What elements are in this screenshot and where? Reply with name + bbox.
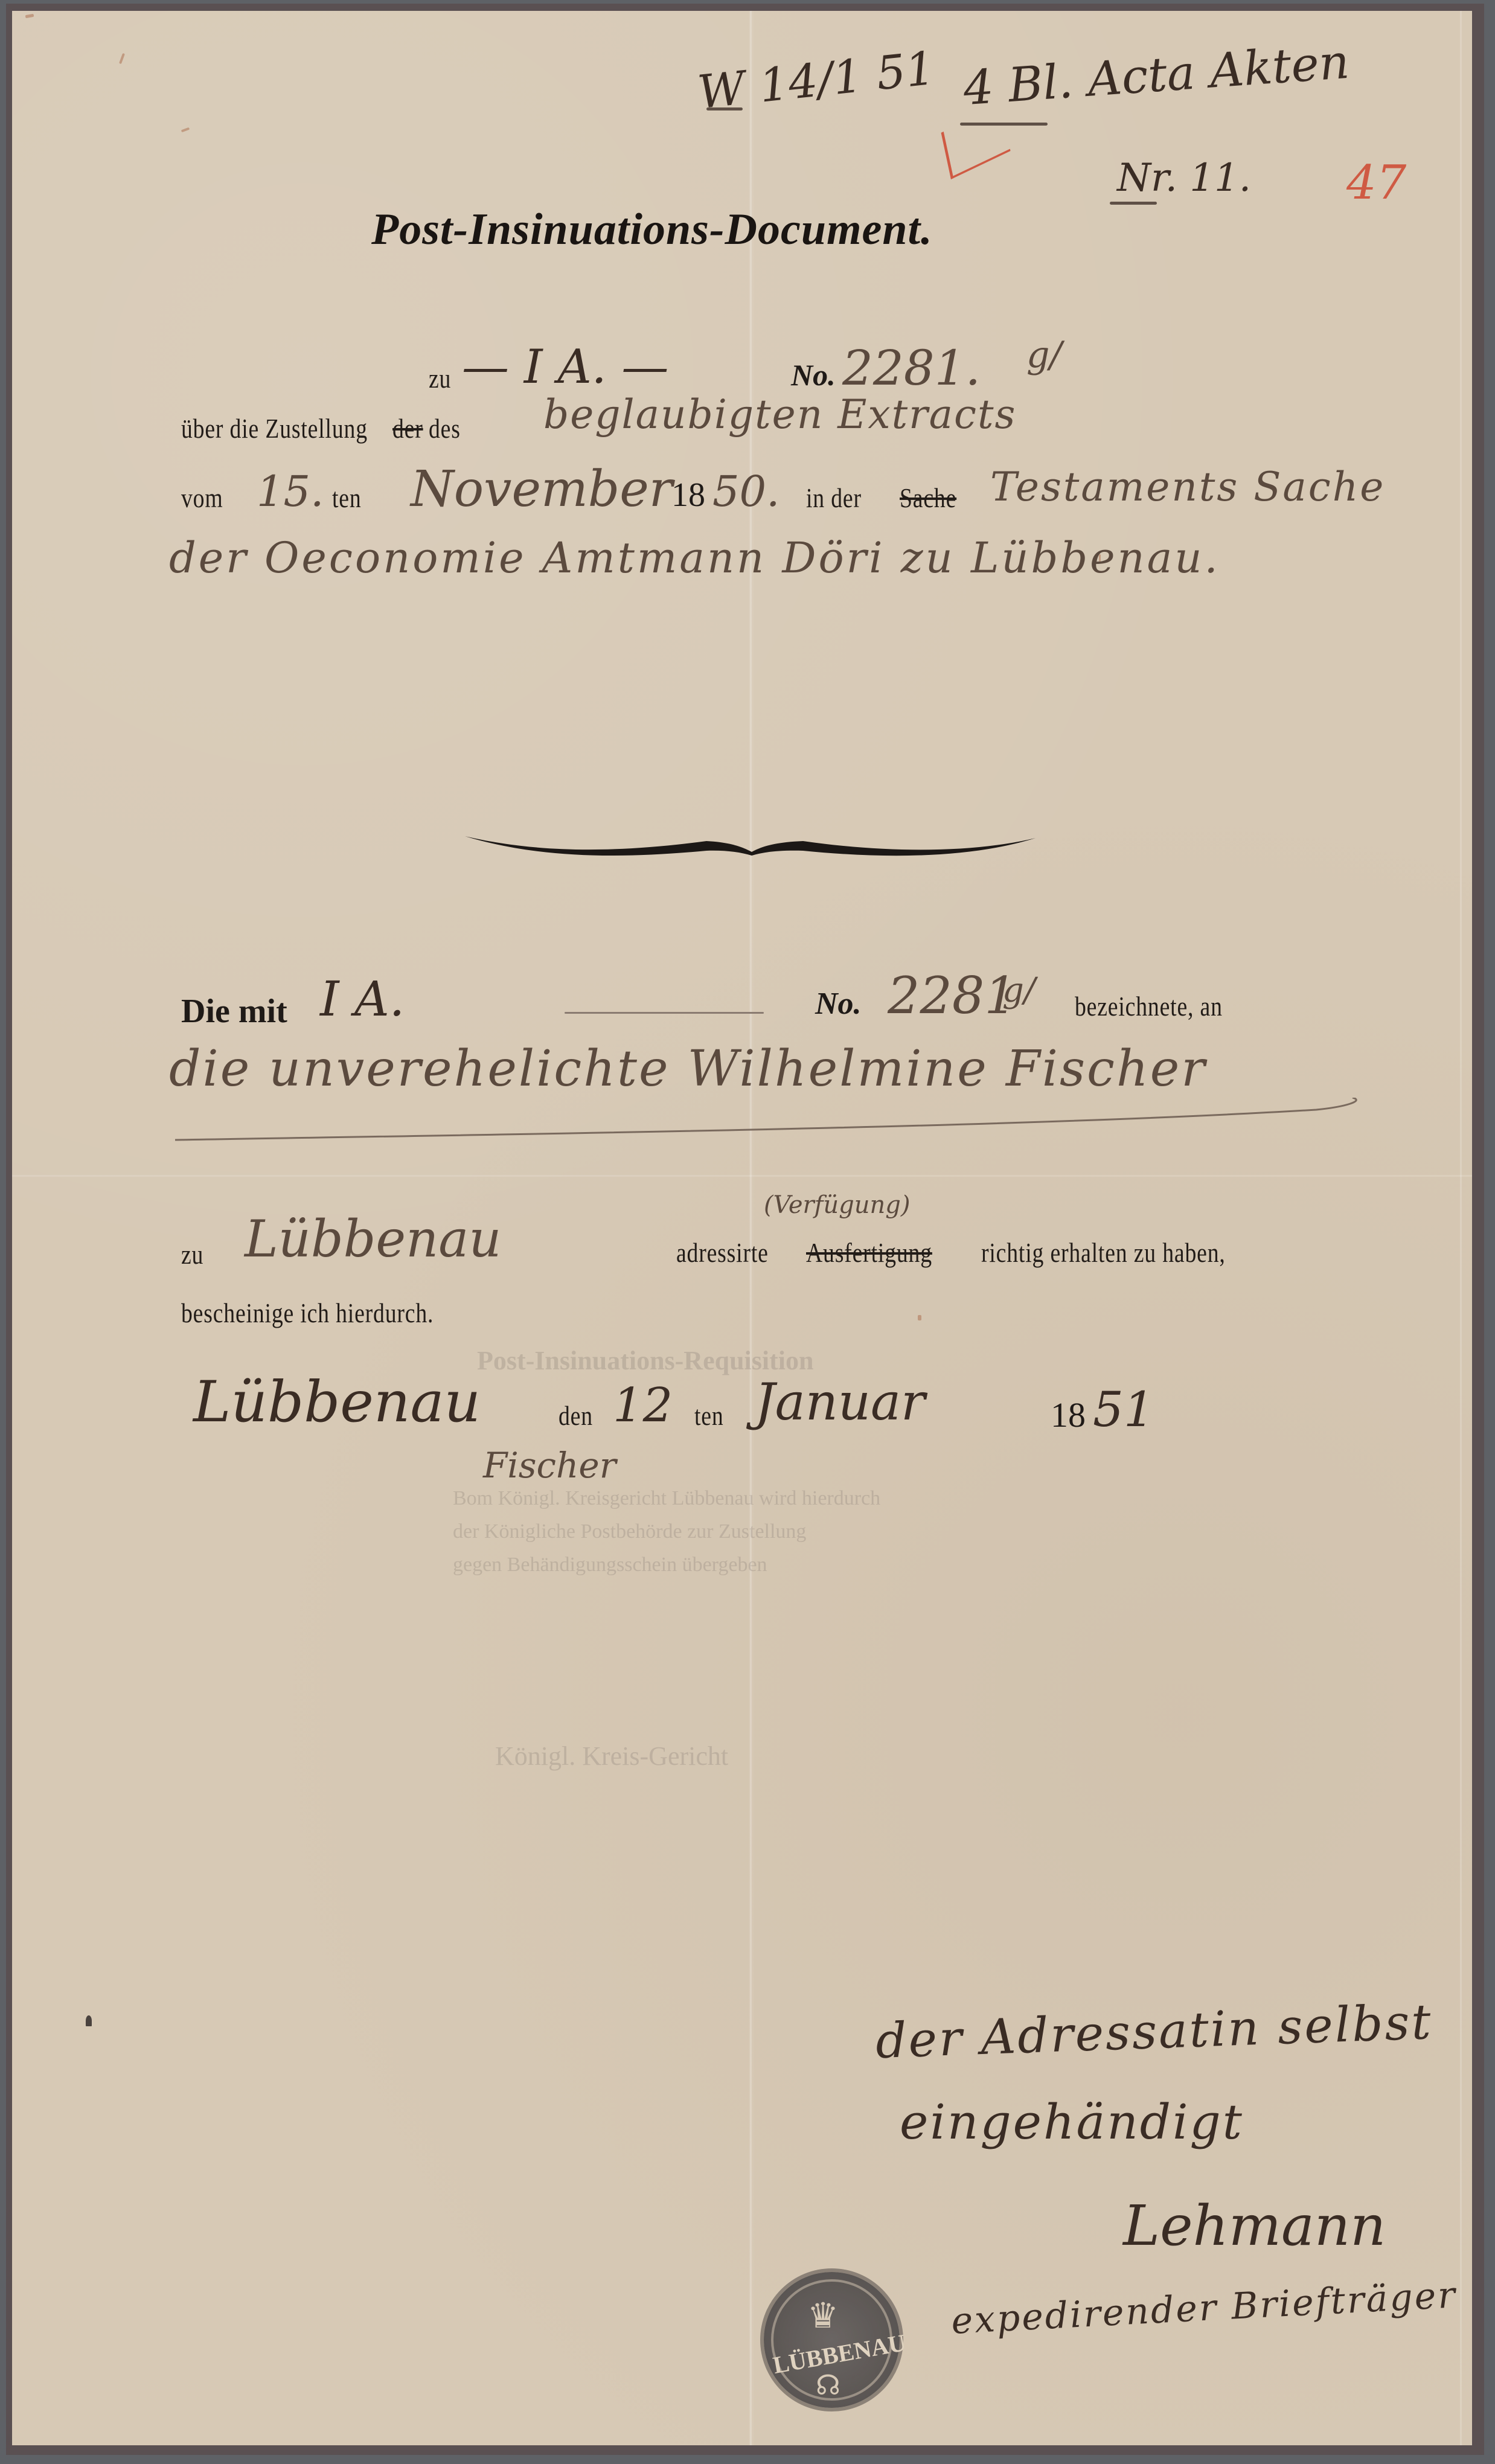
date-day-handwritten: 12: [613, 1378, 673, 1433]
flourish-line: [169, 1098, 1377, 1152]
red-check-mark: [941, 104, 1011, 179]
zu-label-2: zu: [181, 1238, 203, 1270]
delivery-note-line2: eingehändigt: [900, 2094, 1244, 2150]
struck-der: der: [392, 412, 423, 444]
case-number-suffix-2: g/: [1002, 971, 1036, 1010]
ornamental-divider: [465, 829, 1039, 865]
date-year-printed: 18: [1051, 1395, 1086, 1435]
struck-ausfertigung: Ausfertigung: [806, 1237, 932, 1269]
bleedthrough-line: gegen Behändigungsschein übergeben: [453, 1554, 767, 1576]
case-number-2: 2281: [888, 966, 1017, 1025]
in-der-label: in der: [806, 482, 862, 514]
year-printed: 18: [671, 476, 705, 514]
zu-label: zu: [429, 362, 451, 394]
place-handwritten: Lübbenau: [245, 1209, 501, 1269]
document-page: W 14/1 51 4 Bl. Acta Akten Nr. 11. 47 Po…: [12, 11, 1472, 2445]
register-value-2: I A.: [320, 971, 405, 1027]
no-label-2: No.: [815, 986, 862, 1022]
folio-underline: [1110, 202, 1157, 205]
recipient-signature: Fischer: [483, 1445, 616, 1486]
bezeichnete-label: bezeichnete, an: [1075, 990, 1223, 1022]
crown-icon: ♛: [807, 2295, 839, 2336]
des-label: des: [429, 412, 461, 444]
zustellung-label: über die Zustellung: [181, 412, 368, 444]
register-value: — I A. —: [462, 340, 668, 394]
paper-speck: [181, 127, 190, 133]
party-handwritten: der Oeconomie Amtmann Döri zu Lübbenau.: [169, 533, 1220, 583]
den-label: den: [559, 1400, 593, 1432]
case-number-suffix: g/: [1026, 334, 1062, 376]
fold-line-right: [1460, 11, 1462, 2445]
post-horn-icon: ☊: [816, 2369, 840, 2401]
ink-blot: [86, 2015, 92, 2026]
fold-line-horizontal: [12, 1175, 1472, 1177]
case-number: 2281.: [842, 340, 981, 396]
day-value: 15.: [257, 467, 324, 516]
richtig-label: richtig erhalten zu haben,: [981, 1237, 1226, 1269]
bleedthrough-line: Bom Königl. Kreisgericht Lübbenau wird h…: [453, 1487, 880, 1510]
blank-rule: [565, 1012, 764, 1014]
ten-label: ten: [332, 482, 362, 514]
paper-speck: [119, 53, 125, 64]
date-year-handwritten: 51: [1093, 1381, 1154, 1438]
delivery-note-line1: der Adressatin selbst: [875, 1994, 1433, 2069]
vom-label: vom: [181, 482, 223, 514]
bescheinige-label: bescheinige ich hierdurch.: [181, 1297, 434, 1329]
matter-handwritten: Testaments Sache: [990, 464, 1385, 510]
adressirte-label: adressirte: [676, 1237, 769, 1269]
carrier-role: expedirender Briefträger: [950, 2274, 1458, 2343]
fold-line-vertical: [750, 11, 752, 2445]
month-value: November: [411, 461, 673, 518]
date-month-handwritten: Januar: [755, 1372, 925, 1432]
document-kind-handwritten: beglaubigten Extracts: [543, 391, 1016, 438]
date-ten-label: ten: [694, 1400, 724, 1432]
red-page-number: 47: [1346, 156, 1406, 210]
no-label: No.: [791, 357, 836, 392]
recipient-handwritten: die unverehelichte Wilhelmine Fischer: [169, 1040, 1207, 1098]
bleedthrough-heading: Post-Insinuations-Requisition: [477, 1345, 813, 1376]
verfuegung-insertion: (Verfügung): [764, 1191, 911, 1219]
year-handwritten: 50.: [712, 467, 780, 516]
reference-underline: [706, 107, 743, 110]
paper-speck: [25, 14, 34, 18]
folio-number: Nr. 11.: [1117, 156, 1251, 200]
lubbenau-postmark-seal: ♛ LÜBBENAU ☊: [764, 2272, 900, 2408]
paper-speck: [918, 1315, 921, 1320]
carrier-signature: Lehmann: [1123, 2194, 1386, 2258]
die-mit-label: Die mit: [181, 993, 287, 1030]
bleedthrough-footer: Königl. Kreis-Gericht: [495, 1741, 728, 1771]
document-title: Post-Insinuations-Document.: [371, 204, 933, 255]
date-place-handwritten: Lübbenau: [193, 1369, 481, 1435]
struck-sache: Sache: [900, 482, 956, 514]
die-mit-initial: Die mit: [181, 992, 287, 1031]
acta-annotation: 4 Bl. Acta Akten: [962, 35, 1351, 116]
bleedthrough-line: der Königliche Postbehörde zur Zustellun…: [453, 1520, 806, 1543]
